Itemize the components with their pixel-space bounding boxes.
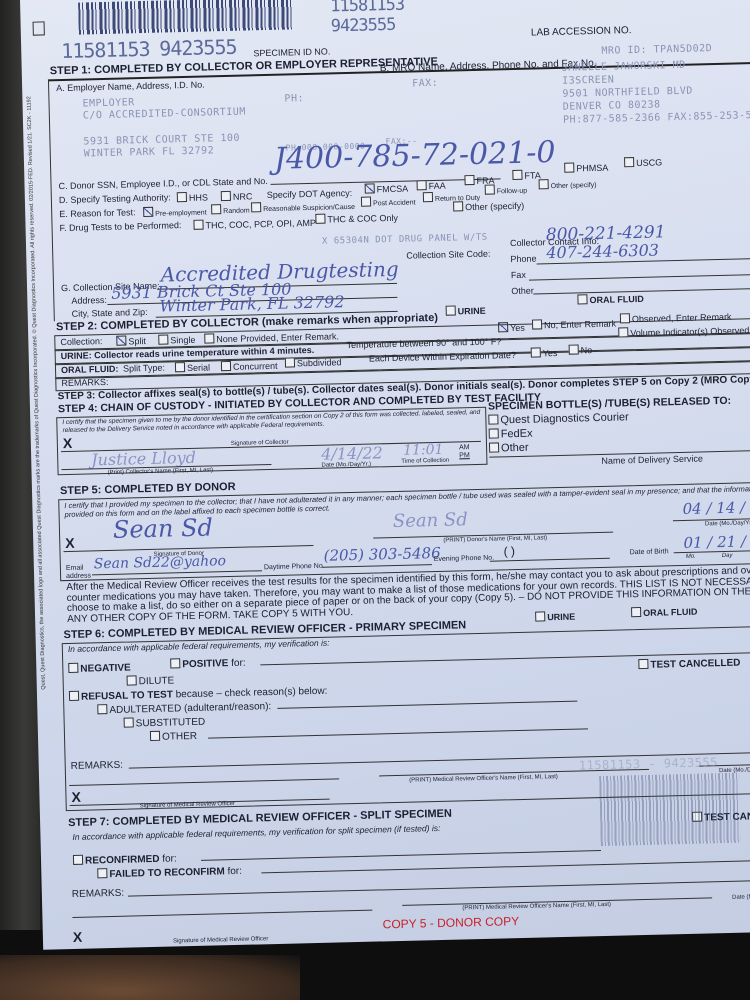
temp-yes[interactable]: Yes: [498, 322, 525, 334]
divider: [128, 880, 750, 897]
step2-oral-fluid[interactable]: ORAL FLUID: [577, 293, 644, 306]
specimen-barcode: [78, 0, 294, 35]
split-concurrent[interactable]: Concurrent: [221, 360, 278, 372]
collection-split[interactable]: Split: [116, 335, 146, 347]
dob-value[interactable]: 01 / 21 / 97: [683, 532, 750, 552]
checkbox[interactable]: [158, 334, 168, 344]
for-label: for:: [231, 658, 246, 669]
checkbox[interactable]: [97, 868, 107, 878]
checkbox[interactable]: [251, 202, 261, 212]
collector-x: X: [63, 435, 73, 451]
mro-sig-label-6: Signature of Medical Review Officer: [140, 801, 235, 809]
option-label: Concurrent: [233, 361, 278, 372]
dob-day: Day: [722, 553, 733, 559]
employer-ph-label: PH:: [284, 93, 304, 104]
reason-random[interactable]: Random: [211, 203, 250, 215]
divider: [402, 897, 712, 906]
mro-line-1: MRO ID: TPAN5D02D: [601, 43, 712, 57]
reason-follow-up[interactable]: Follow-up: [485, 184, 528, 196]
lab-accession-label: LAB ACCESSION NO.: [531, 25, 632, 38]
option-label: USCG: [636, 157, 662, 168]
divider: [72, 910, 372, 918]
mro-sig-label-7: Signature of Medical Review Officer: [173, 936, 268, 944]
split-type-label: Split Type:: [123, 363, 165, 374]
mro-date-label-7: Date (Mo./Day/Yr.): [732, 894, 750, 901]
background-hand: [0, 955, 300, 1000]
am-label[interactable]: AM: [459, 444, 470, 451]
mro-x-7: X: [73, 929, 83, 945]
checkbox[interactable]: [539, 179, 549, 189]
checkbox[interactable]: [624, 157, 634, 167]
step6-oral-fluid[interactable]: ORAL FLUID: [631, 606, 698, 619]
checkbox[interactable]: [73, 855, 83, 865]
checkbox[interactable]: [489, 428, 499, 438]
checkbox[interactable]: [577, 294, 587, 304]
specimen-id-1: 11581153: [61, 37, 150, 63]
eve-phone-label: Evening Phone No.: [434, 555, 494, 563]
employer-fax-label: FAX:: [412, 78, 438, 90]
bleed-through-barcode: [599, 773, 741, 846]
option-label: Yes: [543, 348, 558, 358]
option-label: Quest Diagnostics Courier: [500, 411, 629, 426]
option-label: URINE: [547, 612, 575, 623]
test-thc-coc[interactable]: THC & COC Only: [315, 212, 398, 225]
checkbox[interactable]: [569, 344, 579, 354]
option-label: FedEx: [501, 428, 533, 441]
checkbox[interactable]: [498, 322, 508, 332]
custody-form: Quest, Quest Diagnostics, the associated…: [20, 0, 750, 950]
address-label: Address:: [71, 295, 107, 306]
checkbox[interactable]: [489, 442, 499, 452]
reason-other-top[interactable]: Other (specify): [539, 178, 597, 190]
reason-pre-employment[interactable]: Pre-employment: [143, 206, 207, 219]
phone-value[interactable]: 407-244-6303: [546, 240, 659, 262]
oral-label: ORAL FLUID:: [61, 364, 119, 375]
option-label: FMCSA: [377, 184, 409, 195]
checkbox[interactable]: [68, 663, 78, 673]
checkbox[interactable]: [512, 170, 522, 180]
refusal-substituted[interactable]: SUBSTITUTED: [124, 716, 206, 730]
option-label: OTHER: [162, 731, 197, 743]
split-subdivided[interactable]: Subdivided: [285, 356, 342, 368]
dot-fmcsa[interactable]: FMCSA: [365, 183, 409, 195]
step7-remarks: REMARKS:: [72, 888, 124, 900]
released-quest[interactable]: Quest Diagnostics Courier: [488, 411, 629, 426]
step2-urine[interactable]: URINE: [446, 305, 486, 317]
checkbox[interactable]: [127, 675, 137, 685]
checkbox[interactable]: [446, 305, 456, 315]
checkbox[interactable]: [464, 175, 474, 185]
recycle-icon: [33, 21, 45, 35]
option-label: Subdivided: [297, 357, 342, 368]
checkbox[interactable]: [631, 607, 641, 617]
checkbox[interactable]: [532, 319, 542, 329]
option-label: Other (specify): [551, 182, 597, 190]
donor-date[interactable]: 04 / 14 / 22: [682, 498, 750, 518]
checkbox[interactable]: [423, 192, 433, 202]
checkbox[interactable]: [221, 191, 231, 201]
other-label: Other: [511, 286, 534, 297]
dob-mo: Mo.: [686, 554, 696, 560]
released-other[interactable]: Other: [489, 442, 529, 455]
divider: [201, 850, 601, 861]
collector-date-label: Date (Mo./Day/Yr.): [321, 462, 371, 469]
option-label: PHMSA: [576, 163, 608, 174]
fax-label: Fax: [511, 270, 526, 280]
dot-fta[interactable]: FTA: [512, 169, 541, 181]
divider: [261, 860, 750, 874]
collector-name-label: (Print) Collector's Name (First, MI, Las…: [108, 467, 214, 476]
checkbox[interactable]: [124, 717, 134, 727]
reason-label: E. Reason for Test:: [59, 207, 136, 219]
copy-label: COPY 5 - DONOR COPY: [383, 914, 520, 931]
checkbox[interactable]: [531, 347, 541, 357]
checkbox[interactable]: [69, 691, 79, 701]
checkbox[interactable]: [564, 163, 574, 173]
collection-date[interactable]: 4/14/22: [321, 443, 383, 464]
option-label: ORAL FLUID: [589, 294, 644, 305]
email-value[interactable]: Sean Sd22@yahoo: [94, 553, 227, 572]
specimen-id-2: 9423555: [159, 35, 237, 61]
checkbox[interactable]: [488, 414, 498, 424]
step6-urine[interactable]: URINE: [535, 611, 575, 623]
city-label: City, State and Zip:: [72, 307, 148, 319]
checkbox[interactable]: [211, 204, 221, 214]
donor-x: X: [65, 535, 75, 551]
authority-hhs[interactable]: HHS: [177, 191, 208, 203]
checkbox[interactable]: [177, 192, 187, 202]
option-label: No: [581, 345, 593, 355]
collector-time-label: Time of Collection: [401, 458, 449, 465]
option-label: NEGATIVE: [80, 662, 131, 674]
checkbox[interactable]: [285, 357, 295, 367]
checkbox[interactable]: [315, 214, 325, 224]
option-label: RECONFIRMED: [85, 854, 160, 867]
option-label: Other: [501, 442, 529, 455]
dot-phmsa[interactable]: PHMSA: [564, 162, 608, 174]
option-label: TEST CANCELLED: [650, 658, 740, 671]
option-label: FAA: [429, 181, 446, 191]
step7-reconfirmed[interactable]: RECONFIRMED for:: [73, 852, 177, 867]
for-label: for:: [227, 866, 242, 877]
mro-name-label-7: (PRINT) Medical Review Officer's Name (F…: [462, 902, 611, 912]
donor-signature[interactable]: Sean Sd: [113, 513, 213, 543]
collection-label: Collection:: [60, 336, 102, 347]
checkbox[interactable]: [143, 207, 153, 217]
site-code-label: Collection Site Code:: [406, 249, 490, 261]
checkbox[interactable]: [170, 658, 180, 668]
specimen-id-label: SPECIMEN ID NO.: [253, 46, 330, 58]
reason-other-specify[interactable]: Other (specify): [453, 200, 524, 213]
mro-line-3: I3SCREEN: [562, 75, 614, 87]
checkbox[interactable]: [618, 327, 628, 337]
option-label: DILUTE: [139, 675, 175, 687]
checkbox[interactable]: [417, 180, 427, 190]
step2-remarks: REMARKS:: [61, 377, 108, 388]
option-label: NRC: [233, 191, 253, 201]
option-label: ORAL FLUID: [643, 607, 698, 618]
option-label: POSITIVE: [182, 658, 228, 670]
delivery-service-label: Name of Delivery Service: [601, 453, 703, 465]
option-label: Split: [128, 336, 146, 346]
option-label: Random: [223, 207, 250, 215]
checkbox[interactable]: [453, 201, 463, 211]
exp-yes[interactable]: Yes: [531, 347, 558, 359]
dot-agency-label: Specify DOT Agency:: [267, 188, 353, 200]
for-label: for:: [162, 853, 177, 864]
dob-label: Date of Birth: [630, 548, 669, 556]
checkbox[interactable]: [221, 361, 231, 371]
day-phone-value[interactable]: (205) 303-5486: [323, 544, 440, 565]
checkbox[interactable]: [485, 184, 495, 194]
day-phone-label: Daytime Phone No.: [264, 563, 325, 571]
released-fedex[interactable]: FedEx: [489, 428, 533, 441]
result-positive[interactable]: POSITIVE for:: [170, 657, 246, 671]
option-label: Yes: [510, 323, 525, 333]
checkbox[interactable]: [204, 333, 214, 343]
exp-no[interactable]: No: [569, 344, 593, 356]
checkbox[interactable]: [150, 731, 160, 741]
option-label: REFUSAL TO TEST: [81, 689, 173, 702]
sticker-id-2: 9423555: [330, 15, 395, 37]
dot-faa[interactable]: FAA: [417, 180, 446, 192]
result-test-cancelled[interactable]: TEST CANCELLED: [638, 657, 740, 671]
option-label: Follow-up: [497, 188, 528, 196]
checkbox[interactable]: [116, 336, 126, 346]
donor-name[interactable]: Sean Sd: [393, 509, 468, 532]
checkbox[interactable]: [97, 704, 107, 714]
option-label: Post Accident: [373, 199, 416, 207]
checkbox[interactable]: [620, 313, 630, 323]
eve-phone-value[interactable]: ( ): [503, 544, 515, 558]
temp-no[interactable]: No, Enter Remark: [532, 318, 616, 331]
option-label: HHS: [189, 192, 208, 202]
step7-failed[interactable]: FAILED TO RECONFIRM for:: [97, 865, 242, 881]
result-dilute[interactable]: DILUTE: [127, 674, 175, 687]
option-label: Other (specify): [465, 201, 524, 212]
option-label: FAILED TO RECONFIRM: [109, 866, 225, 880]
pm-label[interactable]: PM: [459, 452, 470, 459]
option-label: No, Enter Remark: [544, 319, 616, 331]
authority-nrc[interactable]: NRC: [221, 190, 253, 202]
option-label: URINE: [458, 306, 486, 317]
split-serial[interactable]: Serial: [175, 361, 210, 373]
phone-label: Phone: [510, 253, 536, 264]
result-negative[interactable]: NEGATIVE: [68, 661, 131, 675]
employer-line-1: EMPLOYER: [82, 97, 134, 109]
checkbox[interactable]: [361, 196, 371, 206]
dot-uscg[interactable]: USCG: [624, 156, 662, 168]
checkbox[interactable]: [535, 611, 545, 621]
option-label: THC & COC Only: [327, 213, 398, 225]
checkbox[interactable]: [638, 659, 648, 669]
collection-time[interactable]: 11:01: [403, 442, 444, 459]
checkbox[interactable]: [175, 362, 185, 372]
option-label: Serial: [187, 362, 210, 373]
option-label: SUBSTITUTED: [136, 717, 206, 730]
step6-remarks: REMARKS:: [71, 760, 123, 772]
checkbox[interactable]: [365, 183, 375, 193]
refusal-other[interactable]: OTHER: [150, 730, 197, 743]
checkbox[interactable]: [193, 220, 203, 230]
mro-x-6: X: [71, 789, 81, 805]
option-label: Single: [170, 335, 195, 346]
donor-date-label: Date (Mo./Day/Yr.): [705, 520, 750, 527]
option-label: Pre-employment: [155, 210, 207, 218]
email-label: Email address: [66, 564, 96, 581]
collection-single[interactable]: Single: [158, 334, 195, 346]
reason-post-accident[interactable]: Post Accident: [361, 195, 416, 207]
